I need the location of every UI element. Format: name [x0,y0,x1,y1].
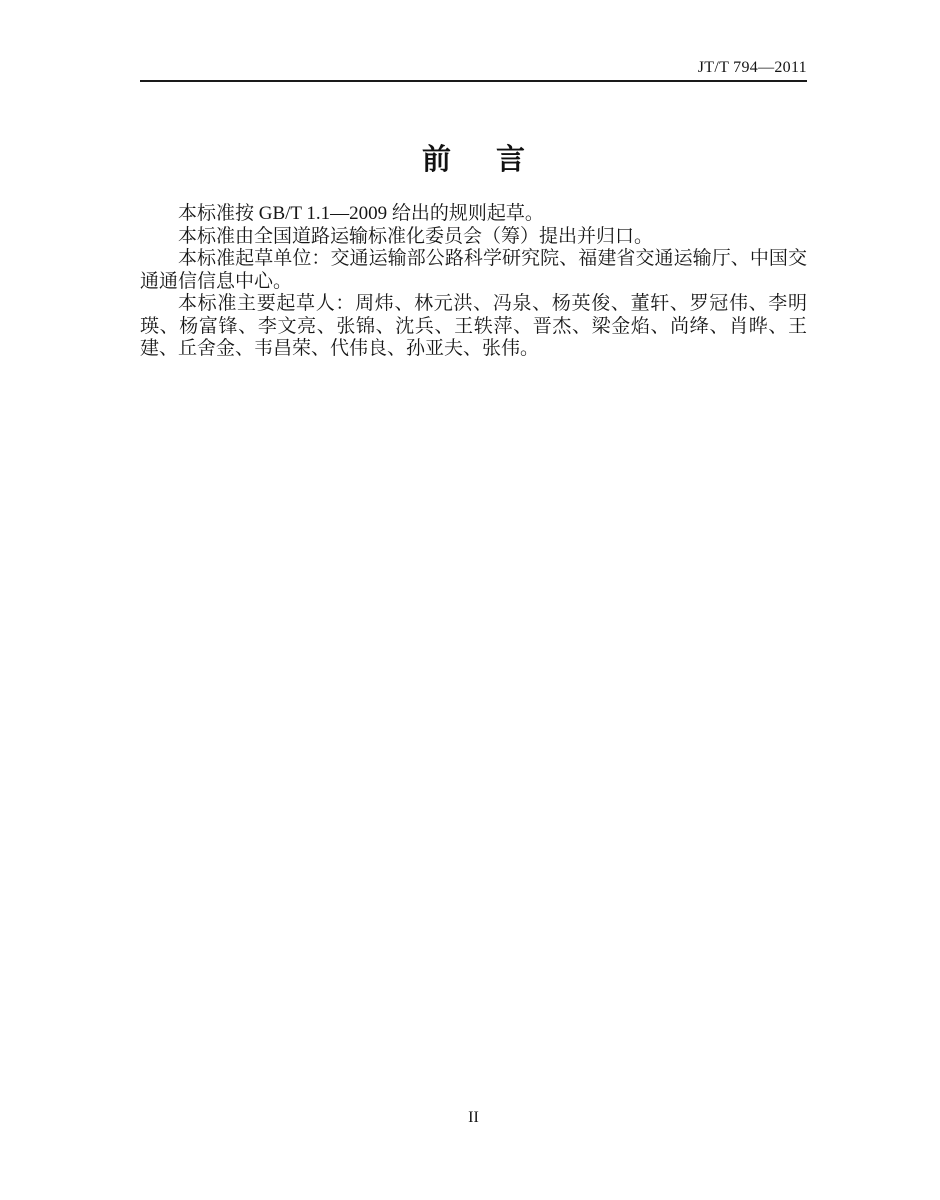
document-page: JT/T 794—2011 前言 本标准按 GB/T 1.1—2009 给出的规… [0,0,940,1200]
paragraph-drafting-rules: 本标准按 GB/T 1.1—2009 给出的规则起草。 [140,203,807,226]
paragraph-main-drafters: 本标准主要起草人：周炜、林元洪、冯泉、杨英俊、董轩、罗冠伟、李明瑛、杨富锋、李文… [140,293,807,361]
foreword-title: 前言 [140,137,807,178]
paragraph-proposed-by: 本标准由全国道路运输标准化委员会（筹）提出并归口。 [140,226,807,249]
header-rule [140,80,807,82]
header-doc-number: JT/T 794—2011 [140,59,807,77]
paragraph-drafting-organizations: 本标准起草单位：交通运输部公路科学研究院、福建省交通运输厅、中国交通通信信息中心… [140,248,807,293]
foreword-title-text: 前言 [422,144,570,176]
page-number: II [140,1109,807,1127]
foreword-body: 本标准按 GB/T 1.1—2009 给出的规则起草。 本标准由全国道路运输标准… [140,203,807,361]
